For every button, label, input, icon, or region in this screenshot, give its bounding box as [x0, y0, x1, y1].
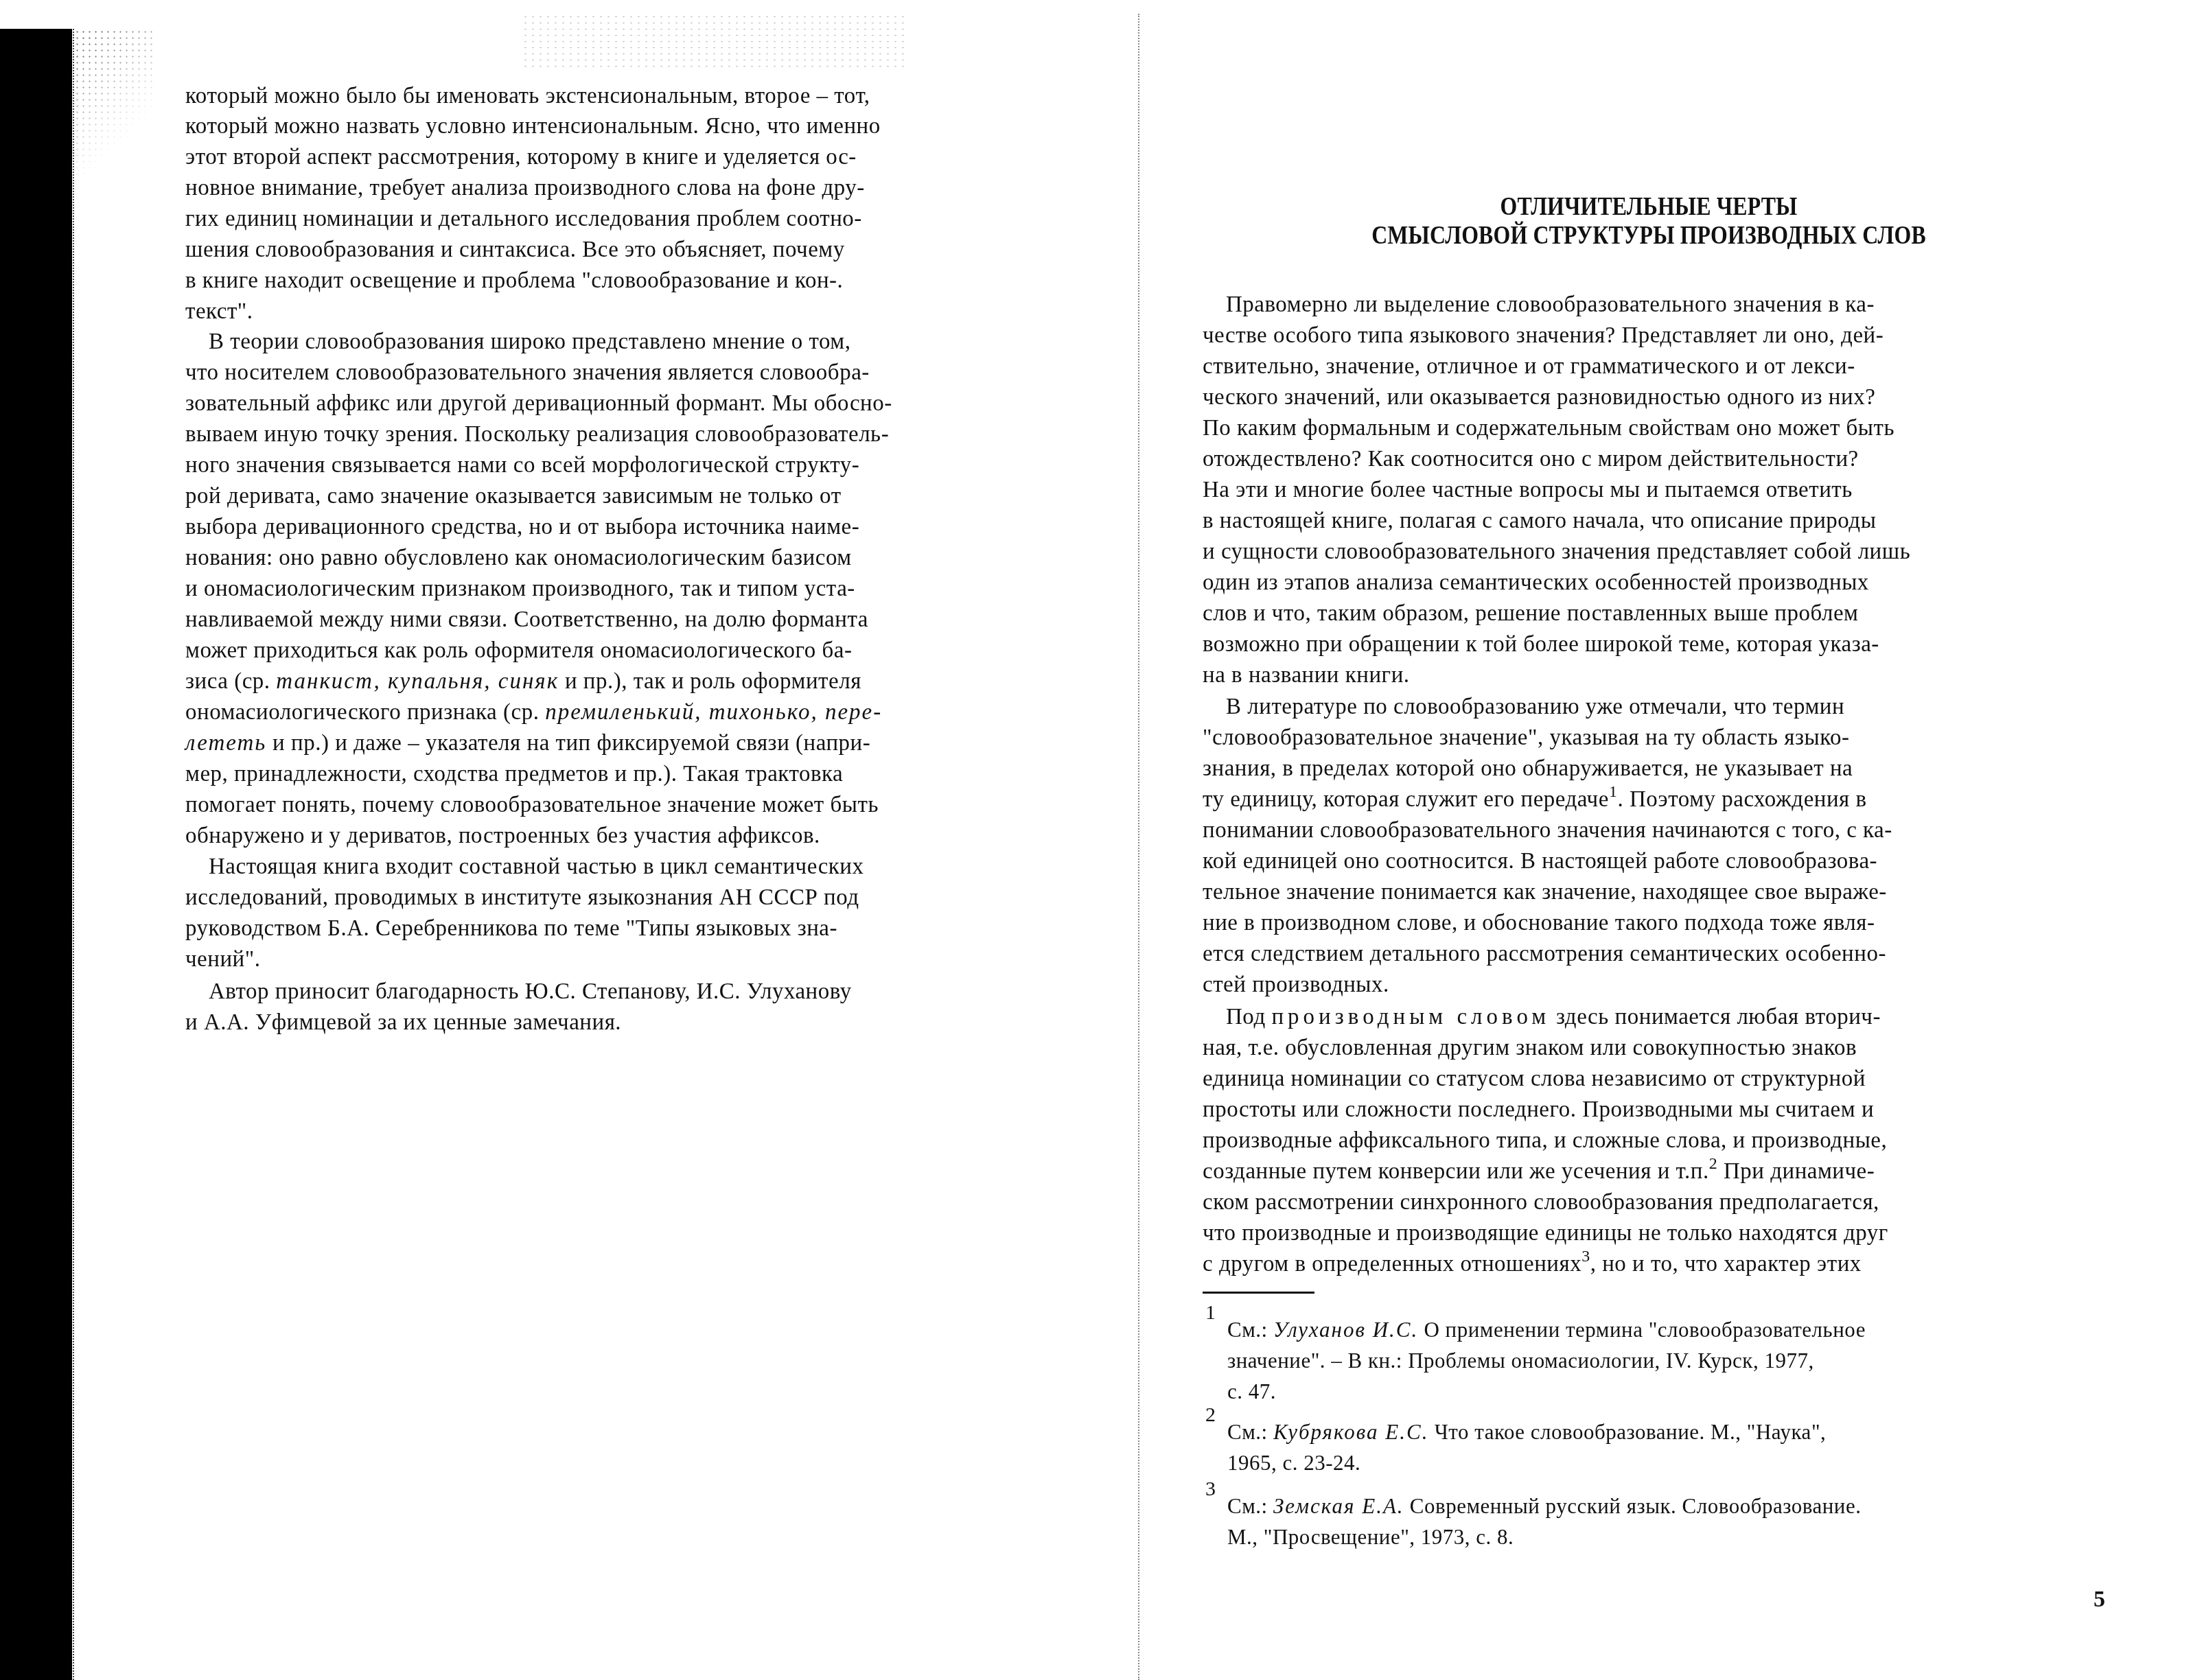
text-line: На эти и многие более частные вопросы мы…	[1203, 476, 1853, 504]
footnote-number: 1	[1205, 1303, 1216, 1323]
text-line: знания, в пределах которой оно обнаружив…	[1203, 755, 1853, 782]
chapter-title-line-2: СМЫСЛОВОЙ СТРУКТУРЫ ПРОИЗВОДНЫХ СЛОВ	[1265, 221, 2032, 250]
text-line: на в названии книги.	[1203, 662, 1410, 689]
italic-example-words: лететь	[185, 731, 266, 756]
text-line: ствительно, значение, отличное и от грам…	[1203, 353, 1855, 380]
text-line: зиса (ср. танкист, купальня, синяк и пр.…	[185, 668, 861, 695]
text-line: ческого значений, или оказывается разнов…	[1203, 384, 1875, 411]
text-span: , но и то, что характер этих	[1590, 1252, 1862, 1276]
text-line: Автор приносит благодарность Ю.С. Степан…	[209, 978, 852, 1005]
text-line: который можно назвать условно интенсиона…	[185, 113, 881, 140]
text-span: См.:	[1227, 1420, 1273, 1444]
footnote-line: 1965, с. 23-24.	[1227, 1449, 1360, 1477]
text-line: обнаружено и у дериватов, построенных бе…	[185, 822, 820, 850]
text-span: Современный русский язык. Словообразован…	[1404, 1494, 1862, 1518]
text-span: с. 47.	[1227, 1379, 1276, 1403]
footnote-line: См.: Земская Е.А. Современный русский яз…	[1227, 1493, 1861, 1520]
chapter-title-line-1: ОТЛИЧИТЕЛЬНЫЕ ЧЕРТЫ	[1265, 192, 2032, 222]
text-line: исследований, проводимых в институте язы…	[185, 884, 859, 911]
text-line: ском рассмотрении синхронного словообраз…	[1203, 1189, 1879, 1216]
text-span: с другом в определенных отношениях	[1203, 1252, 1581, 1276]
cited-author: Кубрякова Е.С.	[1273, 1420, 1429, 1444]
text-line: руководством Б.А. Серебренникова по теме…	[185, 915, 837, 942]
text-line: который можно было бы именовать экстенси…	[185, 82, 870, 110]
italic-example-words: премиленький, тихонько, пере-	[545, 700, 882, 725]
book-gutter	[1138, 14, 1139, 1680]
text-line: В теории словообразования широко предста…	[209, 328, 850, 355]
scan-black-edge	[0, 29, 72, 1680]
footnote-number: 2	[1205, 1405, 1216, 1425]
text-line: нования: оно равно обусловлено как онома…	[185, 544, 852, 572]
text-span: созданные путем конверсии или же усечени…	[1203, 1159, 1709, 1184]
text-line: единица номинации со статусом слова неза…	[1203, 1065, 1866, 1093]
text-line: "словообразовательное значение", указыва…	[1203, 724, 1850, 751]
text-line: что носителем словообразовательного знач…	[185, 359, 870, 386]
text-line: По каким формальным и содержательным сво…	[1203, 415, 1894, 442]
cited-author: Земская Е.А.	[1273, 1494, 1404, 1518]
text-line: слов и что, таким образом, решение поста…	[1203, 600, 1858, 627]
text-line: тельное значение понимается как значение…	[1203, 878, 1887, 906]
footnote-ref: 1	[1609, 783, 1618, 801]
text-span: О применении термина "словообразовательн…	[1418, 1318, 1866, 1342]
text-span: ономасиологического признака (ср.	[185, 700, 545, 725]
text-span: 1965, с. 23-24.	[1227, 1451, 1360, 1475]
text-line: ту единицу, которая служит его передаче1…	[1203, 786, 1867, 813]
text-span: См.:	[1227, 1494, 1273, 1518]
text-line: отождествлено? Как соотносится оно с мир…	[1203, 445, 1859, 473]
text-line: и ономасиологическим признаком производн…	[185, 575, 855, 603]
footnote-number: 3	[1205, 1479, 1216, 1500]
text-line: и А.А. Уфимцевой за их ценные замечания.	[185, 1009, 621, 1036]
text-line: рой деривата, само значение оказывается …	[185, 482, 842, 510]
left-page: который можно было бы именовать экстенси…	[185, 0, 1133, 1680]
text-span: При динамиче-	[1717, 1159, 1875, 1184]
text-line: кой единицей оно соотносится. В настояще…	[1203, 848, 1877, 875]
text-span: и пр.) и даже – указателя на тип фиксиру…	[266, 731, 870, 756]
text-line: производные аффиксального типа, и сложны…	[1203, 1127, 1887, 1154]
text-line: лететь и пр.) и даже – указателя на тип …	[185, 730, 870, 757]
footnote-ref: 3	[1581, 1248, 1590, 1265]
footnote-line: М., "Просвещение", 1973, с. 8.	[1227, 1524, 1514, 1551]
footnote-ref: 2	[1709, 1155, 1718, 1173]
text-span: зиса (ср.	[185, 669, 276, 694]
text-span: значение". – В кн.: Проблемы ономасиолог…	[1227, 1349, 1814, 1373]
text-line: может приходиться как роль оформителя он…	[185, 637, 852, 664]
text-line: ная, т.е. обусловленная другим знаком ил…	[1203, 1034, 1857, 1062]
text-line: что производные и производящие единицы н…	[1203, 1220, 1888, 1247]
text-line: в книге находит освещение и проблема "сл…	[185, 267, 843, 294]
footnote-line: См.: Улуханов И.С. О применении термина …	[1227, 1316, 1866, 1344]
scan-halftone-noise	[74, 29, 157, 180]
text-line: В литературе по словообразованию уже отм…	[1226, 693, 1844, 721]
text-line: один из этапов анализа семантических осо…	[1203, 569, 1869, 596]
footnote-line: См.: Кубрякова Е.С. Что такое словообраз…	[1227, 1419, 1826, 1446]
footnote-line: с. 47.	[1227, 1378, 1276, 1405]
text-line: чений".	[185, 946, 260, 973]
text-line: Правомерно ли выделение словообразовател…	[1226, 291, 1875, 318]
cited-author: Улуханов И.С.	[1273, 1318, 1418, 1342]
text-span: и пр.), так и роль оформителя	[559, 669, 861, 694]
text-line: шения словообразования и синтаксиса. Все…	[185, 236, 845, 264]
text-line: ется следствием детального рассмотрения …	[1203, 940, 1886, 968]
text-span: ту единицу, которая служит его передаче	[1203, 787, 1609, 812]
text-line: новное внимание, требует анализа произво…	[185, 174, 865, 202]
text-line: понимании словообразовательного значения…	[1203, 817, 1892, 844]
text-span: См.:	[1227, 1318, 1273, 1342]
text-span: Что такое словообразование. М., "Наука",	[1428, 1420, 1826, 1444]
text-line: в настоящей книге, полагая с самого нача…	[1203, 507, 1876, 535]
text-span: М., "Просвещение", 1973, с. 8.	[1227, 1525, 1514, 1549]
footnote-separator	[1203, 1292, 1314, 1294]
text-line: с другом в определенных отношениях3, но …	[1203, 1250, 1862, 1278]
italic-example-words: танкист, купальня, синяк	[276, 669, 559, 694]
text-line: навливаемой между ними связи. Соответств…	[185, 606, 868, 633]
text-span: . Поэтому расхождения в	[1617, 787, 1866, 812]
text-line: ономасиологического признака (ср. премил…	[185, 699, 882, 726]
right-page: ОТЛИЧИТЕЛЬНЫЕ ЧЕРТЫ СМЫСЛОВОЙ СТРУКТУРЫ …	[1203, 0, 2150, 1680]
text-line: помогает понять, почему словообразовател…	[185, 791, 879, 819]
text-line: гих единиц номинации и детального исслед…	[185, 205, 862, 233]
text-line: мер, принадлежности, сходства предметов …	[185, 760, 843, 788]
text-line: выбора деривационного средства, но и от …	[185, 513, 859, 541]
text-line: Под производным словом здесь понимается …	[1226, 1003, 1881, 1031]
text-line: возможно при обращении к той более широк…	[1203, 631, 1879, 658]
footnote-line: значение". – В кн.: Проблемы ономасиолог…	[1227, 1347, 1814, 1375]
text-span: здесь понимается любая вторич-	[1550, 1005, 1881, 1029]
text-line: ного значения связывается нами со всей м…	[185, 452, 859, 479]
emphasized-term: производным словом	[1271, 1005, 1550, 1029]
text-span: Под	[1226, 1005, 1271, 1029]
text-line: Настоящая книга входит составной частью …	[209, 853, 864, 880]
text-line: текст".	[185, 298, 253, 325]
text-line: ние в производном слове, и обоснование т…	[1203, 909, 1875, 937]
text-line: простоты или сложности последнего. Произ…	[1203, 1096, 1874, 1123]
text-line: созданные путем конверсии или же усечени…	[1203, 1158, 1875, 1185]
text-line: честве особого типа языкового значения? …	[1203, 322, 1884, 349]
page-number: 5	[2094, 1587, 2105, 1613]
text-line: и сущности словообразовательного значени…	[1203, 538, 1910, 565]
scan-edge-line	[73, 29, 77, 1680]
text-line: зовательный аффикс или другой деривацион…	[185, 390, 892, 417]
text-line: этот второй аспект рассмотрения, котором…	[185, 143, 857, 171]
text-line: вываем иную точку зрения. Поскольку реал…	[185, 421, 889, 448]
text-line: стей производных.	[1203, 971, 1389, 999]
